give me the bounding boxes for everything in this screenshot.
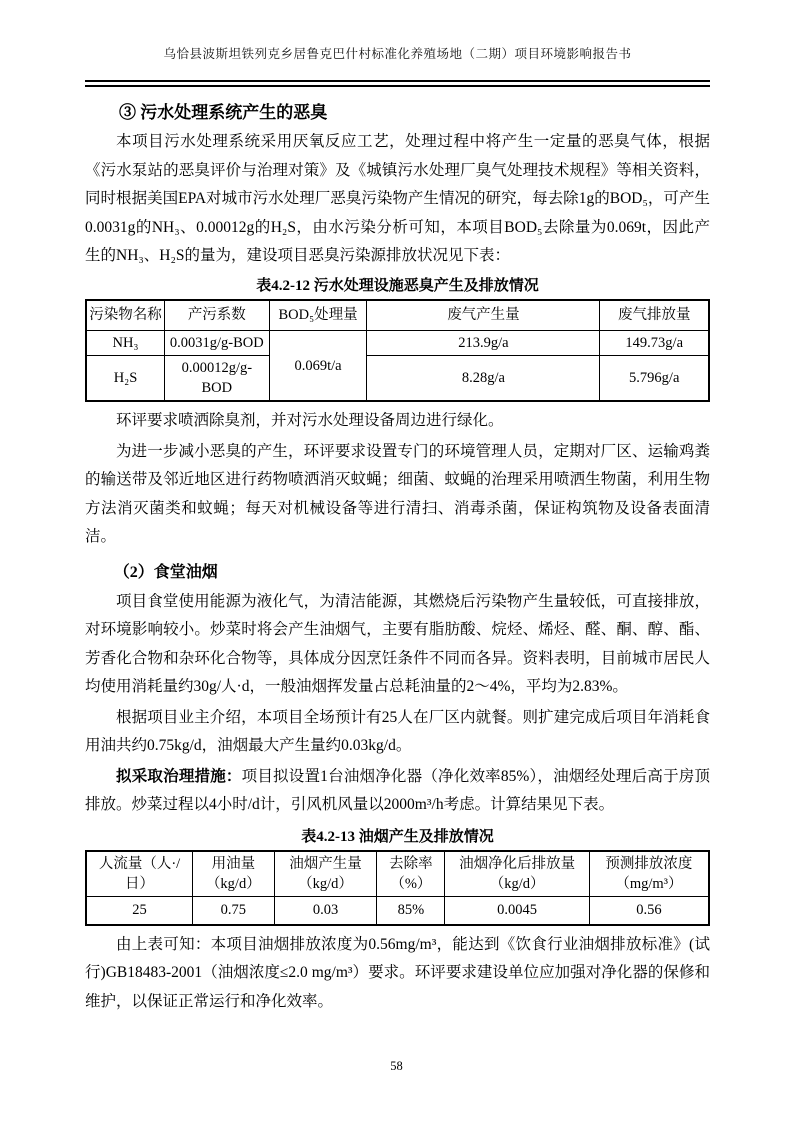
cell-oil-used: 0.75 — [193, 897, 275, 925]
col-header-fume-produced: 油烟产生量 （kg/d） — [274, 851, 377, 897]
paragraph-fume-conclusion: 由上表可知：本项目油烟排放浓度为0.56mg/m³，能达到《饮食行业油烟排放标准… — [85, 931, 710, 1017]
col-header-removal-rate: 去除率 （%） — [377, 851, 445, 897]
cell-produced-nh3: 213.9g/a — [367, 331, 600, 356]
cell-removal-rate: 85% — [377, 897, 445, 925]
document-page: 乌恰县波斯坦铁列克乡居鲁克巴什村标准化养殖场地（二期）项目环境影响报告书 ③ 污… — [0, 0, 793, 1122]
col-header-people-flow: 人流量（人·/ 日） — [86, 851, 193, 897]
paragraph-odor-greening: 环评要求喷洒除臭剂，并对污水处理设备周边进行绿化。 — [85, 407, 710, 436]
table-header-row: 污染物名称 产污系数 BOD₅处理量 废气产生量 废气排放量 — [86, 300, 709, 331]
paragraph-fume-measures: 拟采取治理措施：项目拟设置1台油烟净化器（净化效率85%），油烟经处理后高于房顶… — [85, 763, 710, 820]
paragraph-odor-intro: 本项目污水处理系统采用厌氧反应工艺，处理过程中将产生一定量的恶臭气体，根据《污水… — [85, 128, 710, 271]
cell-people-flow: 25 — [86, 897, 193, 925]
section-heading-canteen-fume: （2）食堂油烟 — [85, 560, 710, 586]
cell-emitted-h2s: 5.796g/a — [600, 356, 709, 402]
col-header-gas-produced: 废气产生量 — [367, 300, 600, 331]
col-header-bod-treatment: BOD₅处理量 — [269, 300, 367, 331]
col-header-pollutant: 污染物名称 — [86, 300, 164, 331]
header-double-rule — [85, 80, 710, 87]
cell-coefficient-h2s: 0.00012g/g-BOD — [164, 356, 269, 402]
table-caption-4-2-13: 表4.2-13 油烟产生及排放情况 — [85, 826, 710, 848]
cell-predicted-concentration: 0.56 — [589, 897, 709, 925]
cell-produced-h2s: 8.28g/a — [367, 356, 600, 402]
table-row-nh3: NH₃ 0.0031g/g-BOD 0.069t/a 213.9g/a 149.… — [86, 331, 709, 356]
cell-emitted-nh3: 149.73g/a — [600, 331, 709, 356]
paragraph-fume-oil-usage: 根据项目业主介绍，本项目全场预计有25人在厂区内就餐。则扩建完成后项目年消耗食用… — [85, 704, 710, 761]
table-row-fume-values: 25 0.75 0.03 85% 0.0045 0.56 — [86, 897, 709, 925]
page-number: 58 — [0, 1059, 793, 1074]
table-odor-emissions: 污染物名称 产污系数 BOD₅处理量 废气产生量 废气排放量 NH₃ 0.003… — [85, 299, 710, 403]
table-caption-4-2-12: 表4.2-12 污水处理设施恶臭产生及排放情况 — [85, 275, 710, 297]
col-header-fume-after-purification: 油烟净化后排放量 （kg/d） — [445, 851, 590, 897]
cell-coefficient-nh3: 0.0031g/g-BOD — [164, 331, 269, 356]
table-header-row: 人流量（人·/ 日） 用油量 （kg/d） 油烟产生量 （kg/d） 去除率 （… — [86, 851, 709, 897]
cell-pollutant-h2s: H₂S — [86, 356, 164, 402]
report-header-title: 乌恰县波斯坦铁列克乡居鲁克巴什村标准化养殖场地（二期）项目环境影响报告书 — [85, 46, 710, 63]
col-header-predicted-concentration: 预测排放浓度 （mg/m³） — [589, 851, 709, 897]
table-row-h2s: H₂S 0.00012g/g-BOD 8.28g/a 5.796g/a — [86, 356, 709, 402]
col-header-coefficient: 产污系数 — [164, 300, 269, 331]
cell-bod-treatment: 0.069t/a — [269, 331, 367, 402]
cell-pollutant-nh3: NH₃ — [86, 331, 164, 356]
measures-label: 拟采取治理措施： — [116, 768, 242, 785]
col-header-oil-used: 用油量 （kg/d） — [193, 851, 275, 897]
cell-fume-produced: 0.03 — [274, 897, 377, 925]
table-fume-emissions: 人流量（人·/ 日） 用油量 （kg/d） 油烟产生量 （kg/d） 去除率 （… — [85, 850, 710, 926]
cell-fume-after-purification: 0.0045 — [445, 897, 590, 925]
section-heading-sewage-odor: ③ 污水处理系统产生的恶臭 — [85, 100, 710, 126]
paragraph-fume-intro: 项目食堂使用能源为液化气，为清洁能源，其燃烧后污染物产生量较低，可直接排放，对环… — [85, 588, 710, 702]
col-header-gas-emitted: 废气排放量 — [600, 300, 709, 331]
paragraph-odor-management: 为进一步减小恶臭的产生，环评要求设置专门的环境管理人员，定期对厂区、运输鸡粪的输… — [85, 438, 710, 552]
